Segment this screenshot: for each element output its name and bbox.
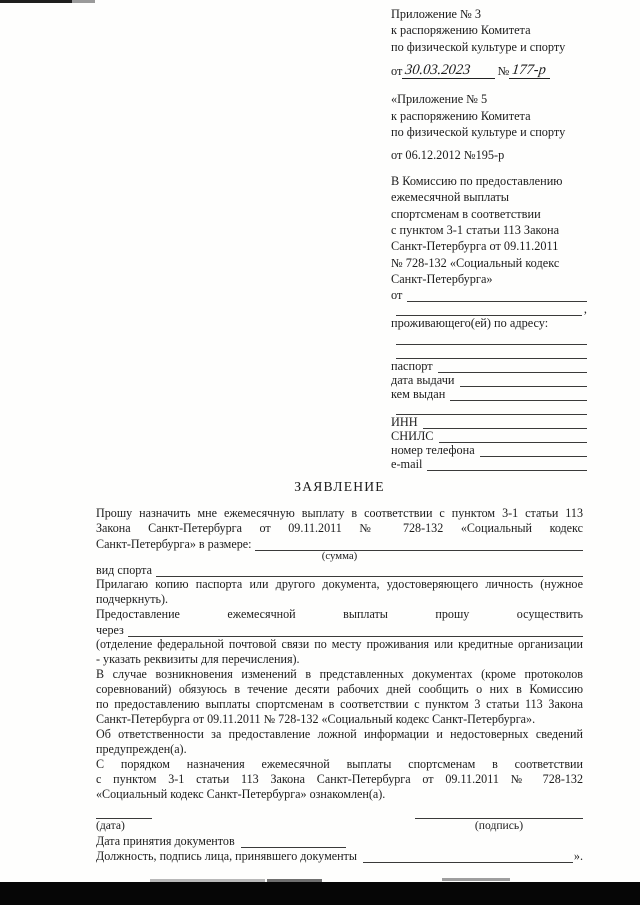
signature-row: (дата) (подпись) bbox=[96, 809, 583, 832]
annex-5-line: к распоряжению Комитета bbox=[391, 108, 587, 124]
applicant-from-field: от bbox=[391, 288, 587, 302]
commission-line: спортсменам в соответствии bbox=[391, 206, 587, 222]
applicant-name-blank bbox=[407, 289, 587, 302]
annex-3-line: Приложение № 3 bbox=[391, 6, 587, 22]
phone-field: номер телефона bbox=[391, 443, 587, 457]
passport-label: паспорт bbox=[391, 360, 433, 373]
email-blank bbox=[427, 458, 587, 471]
commission-line: № 728-132 «Социальный кодекс bbox=[391, 255, 587, 271]
changes-line-1: В случае возникновения изменений в предс… bbox=[96, 667, 583, 682]
amount-field: Санкт-Петербурга» в размере: bbox=[96, 536, 583, 551]
attach-line-2: подчеркнуть). bbox=[96, 592, 583, 607]
issue-date-blank bbox=[460, 374, 587, 387]
changes-line-2: соревнований) обязуюсь в течение десяти … bbox=[96, 682, 583, 697]
address-label: проживающего(ей) по адресу: bbox=[391, 316, 587, 331]
issued-by-blank bbox=[450, 388, 587, 401]
from-label: от bbox=[391, 289, 402, 302]
passport-blank bbox=[438, 360, 587, 373]
issue-date-label: дата выдачи bbox=[391, 374, 455, 387]
annex-3-line: по физической культуре и спорту bbox=[391, 39, 587, 55]
order-2012-line: от 06.12.2012 №195-р bbox=[391, 147, 587, 163]
address-blank-2 bbox=[396, 346, 587, 359]
order-date-line: от 30.03.2023 № 177-р bbox=[391, 59, 587, 79]
scan-artifact-top-strip-gray bbox=[72, 0, 95, 3]
documents-accepted-date-field: Дата принятия документов bbox=[96, 833, 583, 848]
address-field bbox=[391, 331, 587, 345]
sum-caption: (сумма) bbox=[96, 551, 583, 562]
commission-line: Санкт-Петербурга» bbox=[391, 271, 587, 287]
phone-label: номер телефона bbox=[391, 444, 475, 457]
signature-caption: (подпись) bbox=[415, 819, 583, 832]
snils-blank bbox=[439, 430, 587, 443]
request-line-2: Закона Санкт-Петербурга от 09.11.2011 № … bbox=[96, 521, 583, 536]
annex-5-block: «Приложение № 5 к распоряжению Комитета … bbox=[391, 91, 587, 140]
annex-3-line: к распоряжению Комитета bbox=[391, 22, 587, 38]
document-body: Прошу назначить мне ежемесячную выплату … bbox=[96, 506, 583, 863]
comma-mark: , bbox=[584, 303, 587, 316]
attach-line-1: Прилагаю копию паспорта или другого доку… bbox=[96, 577, 583, 592]
liability-line-1: Об ответственности за предоставление лож… bbox=[96, 727, 583, 742]
applicant-name-continuation-field: , bbox=[391, 302, 587, 316]
inn-field: ИНН bbox=[391, 415, 587, 429]
commission-line: с пунктом 3-1 статьи 113 Закона bbox=[391, 222, 587, 238]
address-blank-1 bbox=[396, 332, 587, 345]
inn-blank bbox=[423, 416, 587, 429]
scanned-document-page: Приложение № 3 к распоряжению Комитета п… bbox=[0, 0, 640, 905]
document-title: ЗАЯВЛЕНИЕ bbox=[96, 479, 583, 494]
scan-artifact-streak bbox=[442, 878, 510, 881]
through-field: через bbox=[96, 622, 583, 637]
order-from-label: от bbox=[391, 63, 402, 79]
commission-line: Санкт-Петербурга от 09.11.2011 bbox=[391, 238, 587, 254]
commission-line: ежемесячной выплаты bbox=[391, 189, 587, 205]
snils-field: СНИЛС bbox=[391, 429, 587, 443]
amount-blank bbox=[255, 538, 583, 551]
email-label: e-mail bbox=[391, 458, 422, 471]
order-date-blank bbox=[475, 78, 495, 79]
ack-line-2: с пунктом 3-1 статьи 113 Закона Санкт-Пе… bbox=[96, 772, 583, 787]
order-date-handwritten: 30.03.2023 bbox=[402, 62, 474, 79]
annex-5-line: по физической культуре и спорту bbox=[391, 124, 587, 140]
header-right-column: Приложение № 3 к распоряжению Комитета п… bbox=[391, 6, 587, 471]
sport-type-field: вид спорта bbox=[96, 562, 583, 577]
changes-line-4: Санкт-Петербурга от 09.11.2011 № 728-132… bbox=[96, 712, 583, 727]
documents-accepted-date-label: Дата принятия документов bbox=[96, 834, 235, 848]
snils-label: СНИЛС bbox=[391, 430, 434, 443]
position-signature-blank bbox=[363, 850, 573, 863]
ack-line-1: С порядком назначения ежемесячной выплат… bbox=[96, 757, 583, 772]
sport-type-label: вид спорта bbox=[96, 563, 152, 577]
through-label: через bbox=[96, 623, 124, 637]
order-number-label: № bbox=[498, 63, 510, 79]
scan-artifact-top-strip-black bbox=[0, 0, 72, 3]
date-caption: (дата) bbox=[96, 819, 236, 832]
annex-3-block: Приложение № 3 к распоряжению Комитета п… bbox=[391, 6, 587, 55]
email-field: e-mail bbox=[391, 457, 587, 471]
order-number-handwritten: 177-р bbox=[509, 62, 550, 79]
through-blank bbox=[128, 624, 583, 637]
inn-label: ИНН bbox=[391, 416, 418, 429]
position-signature-label: Должность, подпись лица, принявшего доку… bbox=[96, 849, 357, 863]
ack-line-3: «Социальный кодекс Санкт-Петербурга» озн… bbox=[96, 787, 583, 802]
issued-by-label: кем выдан bbox=[391, 388, 445, 401]
signature-block: (подпись) bbox=[415, 809, 583, 832]
phone-blank bbox=[480, 444, 587, 457]
issue-date-field: дата выдачи bbox=[391, 373, 587, 387]
request-line-1: Прошу назначить мне ежемесячную выплату … bbox=[96, 506, 583, 521]
closing-quote-mark: ». bbox=[574, 849, 583, 863]
signature-blank bbox=[415, 809, 583, 819]
issued-by-blank-2 bbox=[396, 402, 587, 415]
note-line-1: (отделение федеральной почтовой связи по… bbox=[96, 637, 583, 652]
passport-field: паспорт bbox=[391, 359, 587, 373]
note-line-2: - указать реквизиты для перечисления). bbox=[96, 652, 583, 667]
request-line-3: Санкт-Петербурга» в размере: bbox=[96, 537, 251, 551]
commission-line: В Комиссию по предоставлению bbox=[391, 173, 587, 189]
position-signature-field: Должность, подпись лица, принявшего доку… bbox=[96, 848, 583, 863]
documents-accepted-date-blank bbox=[241, 835, 346, 848]
date-signature-block: (дата) bbox=[96, 809, 236, 832]
scan-artifact-bottom-bar bbox=[0, 882, 640, 905]
issued-by-continuation-field bbox=[391, 401, 587, 415]
annex-5-line: «Приложение № 5 bbox=[391, 91, 587, 107]
applicant-name-blank-2 bbox=[396, 303, 582, 316]
changes-line-3: по предоставлению выплаты спортсменам в … bbox=[96, 697, 583, 712]
sport-type-blank bbox=[156, 564, 583, 577]
address-field bbox=[391, 345, 587, 359]
issued-by-field: кем выдан bbox=[391, 387, 587, 401]
date-blank bbox=[96, 809, 152, 819]
commission-block: В Комиссию по предоставлению ежемесячной… bbox=[391, 173, 587, 288]
liability-line-2: предупрежден(а). bbox=[96, 742, 583, 757]
provide-line: Предоставление ежемесячной выплаты прошу… bbox=[96, 607, 583, 622]
